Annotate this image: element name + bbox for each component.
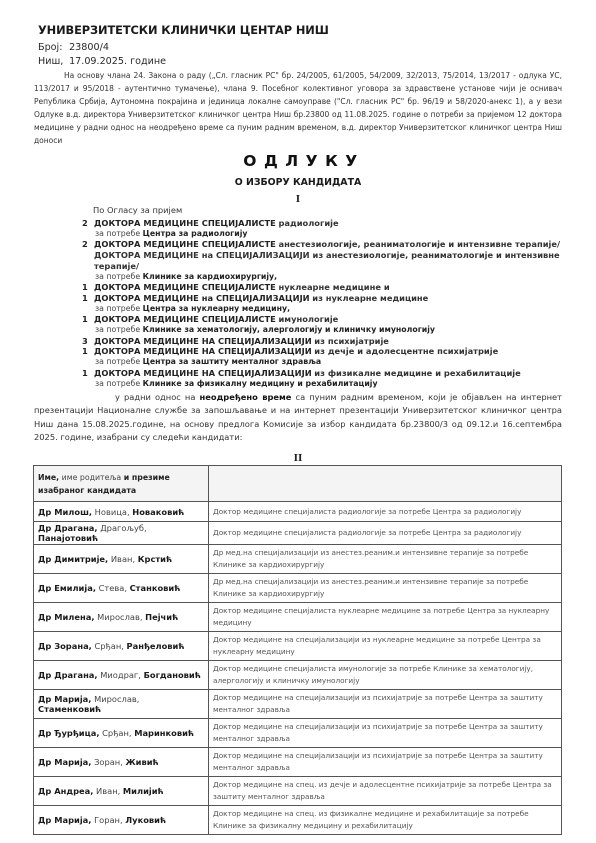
position-unit: за потребе Клинике за кардиохирургију, <box>94 272 582 283</box>
candidate-position: Доктор медицине специјалиста радиологије… <box>209 502 562 522</box>
position-title: ДОКТОРА МЕДИЦИНЕ НА СПЕЦИЈАЛИЗАЦИЈИ <box>94 368 312 378</box>
candidate-first-name: Др Марија, <box>38 694 91 704</box>
candidate-position: Доктор медицине на спец. из физикалне ме… <box>209 806 562 835</box>
table-row: Др Марија, Горан, ЛуковићДоктор медицине… <box>34 806 562 835</box>
position-title: ДОКТОРА МЕДИЦИНЕ СПЕЦИЈАЛИСТЕ <box>94 314 276 324</box>
document-number: Број: 23800/4 <box>38 42 109 53</box>
for-label: за потребе <box>95 357 140 366</box>
candidate-first-name: Др Димитрије, <box>38 554 108 564</box>
table-row: Др Ђурђица, Срђан, МаринковићДоктор меди… <box>34 719 562 748</box>
position-field: радиологије <box>278 218 338 228</box>
candidate-position: Доктор медицине специјалиста имунологије… <box>209 661 562 690</box>
candidate-name: Др Андреа, Иван, Милијић <box>34 777 209 806</box>
candidate-parent-name: Новица, <box>95 507 130 517</box>
position-count: 2 <box>82 218 88 229</box>
candidate-first-name: Др Драгана, <box>38 523 98 533</box>
position-title: ДОКТОРА МЕДИЦИНЕ НА СПЕЦИЈАЛИЗАЦИЈИ <box>94 346 312 356</box>
document-date: Ниш, 17.09.2025. године <box>38 56 166 67</box>
place-label: Ниш, <box>38 56 66 67</box>
for-unit: Клинике за хематологију, алергологију и … <box>143 325 435 334</box>
for-label: за потребе <box>95 272 140 281</box>
candidate-name: Др Емилија, Стева, Станковић <box>34 574 209 603</box>
section-one-heading: I <box>0 194 596 205</box>
position-unit: за потребе Клинике за физикалну медицину… <box>94 379 582 390</box>
header-position-column <box>209 466 562 502</box>
candidate-name: Др Ђурђица, Срђан, Маринковић <box>34 719 209 748</box>
candidate-parent-name: Зоран, <box>94 757 123 767</box>
candidate-name: Др Драгана, Драгољуб, Панајотовић <box>34 522 209 545</box>
table-row: Др Драгана, Миодраг, БогдановићДоктор ме… <box>34 661 562 690</box>
position-item: 1ДОКТОРА МЕДИЦИНЕ НА СПЕЦИЈАЛИЗАЦИЈИ из … <box>82 346 582 367</box>
candidate-first-name: Др Зорана, <box>38 641 92 651</box>
position-count: 1 <box>82 314 88 325</box>
positions-list: 2ДОКТОРА МЕДИЦИНЕ СПЕЦИЈАЛИСТЕ радиологи… <box>82 218 582 389</box>
position-title: ДОКТОРА МЕДИЦИНЕ на СПЕЦИЈАЛИЗАЦИЈИ <box>94 293 310 303</box>
for-unit: Центра за заштиту менталног здравља <box>143 357 322 366</box>
candidate-name: Др Димитрије, Иван, Крстић <box>34 545 209 574</box>
for-label: за потребе <box>95 379 140 388</box>
candidate-position: Доктор медицине на специјализацији из пс… <box>209 719 562 748</box>
position-field: из психијатрије <box>314 336 389 346</box>
candidates-table: Име, име родитеља и презиме изабраног ка… <box>33 465 562 835</box>
candidate-last-name: Новаковић <box>132 507 184 517</box>
candidate-last-name: Живић <box>126 757 159 767</box>
candidate-name: Др Милош, Новица, Новаковић <box>34 502 209 522</box>
position-count: 1 <box>82 293 88 304</box>
position-field: имунологије <box>278 314 338 324</box>
number-value: 23800/4 <box>69 42 109 53</box>
candidate-first-name: Др Ђурђица, <box>38 728 100 738</box>
table-row: Др Зорана, Срђан, РанђеловићДоктор медиц… <box>34 632 562 661</box>
candidate-parent-name: Миодраг, <box>100 670 141 680</box>
position-item: 1ДОКТОРА МЕДИЦИНЕ на СПЕЦИЈАЛИЗАЦИЈИ из … <box>82 293 582 314</box>
preamble-paragraph: На основу члана 24. Закона о раду („Сл. … <box>34 69 562 147</box>
candidate-parent-name: Мирослав, <box>97 612 142 622</box>
candidate-parent-name: Стева, <box>99 583 127 593</box>
candidate-position: Доктор медицине на специјализацији из ну… <box>209 632 562 661</box>
candidate-parent-name: Иван, <box>111 554 135 564</box>
for-label: за потребе <box>95 325 140 334</box>
closing-paragraph: у радни однос на неодређено време са пун… <box>34 391 562 445</box>
closing-bold: неодређено време <box>200 392 292 402</box>
candidate-position: Доктор медицине специјалиста нуклеарне м… <box>209 603 562 632</box>
candidate-parent-name: Горан, <box>94 815 123 825</box>
header-normal: име родитеља <box>62 473 122 482</box>
candidate-parent-name: Драгољуб, <box>100 523 146 533</box>
position-title: ДОКТОРА МЕДИЦИНЕ СПЕЦИЈАЛИСТЕ <box>94 218 276 228</box>
candidate-position: Доктор медицине на специјализацији из пс… <box>209 690 562 719</box>
for-label: за потребе <box>95 304 140 313</box>
candidate-parent-name: Иван, <box>96 786 120 796</box>
candidate-last-name: Станковић <box>130 583 181 593</box>
for-unit: Центра за радиологију <box>143 229 248 238</box>
section-two-heading: II <box>0 453 596 464</box>
date-value: 17.09.2025. године <box>69 56 166 67</box>
position-unit: за потребе Центра за радиологију <box>94 229 582 240</box>
candidate-first-name: Др Драгана, <box>38 670 98 680</box>
header-bold-1: Име, <box>38 473 59 482</box>
position-item: 2ДОКТОРА МЕДИЦИНЕ СПЕЦИЈАЛИСТЕ радиологи… <box>82 218 582 239</box>
candidate-last-name: Панајотовић <box>38 533 98 543</box>
position-title: ДОКТОРА МЕДИЦИНЕ СПЕЦИЈАЛИСТЕ <box>94 282 276 292</box>
table-row: Др Марија, Зоран, ЖивићДоктор медицине н… <box>34 748 562 777</box>
candidate-last-name: Стаменковић <box>38 704 101 714</box>
document-title: ОДЛУКУ <box>0 152 596 170</box>
for-label: за потребе <box>95 229 140 238</box>
table-row: Др Емилија, Стева, СтанковићДр мед.на сп… <box>34 574 562 603</box>
candidate-position: Доктор медицине на спец. из дечје и адол… <box>209 777 562 806</box>
position-item: 1ДОКТОРА МЕДИЦИНЕ СПЕЦИЈАЛИСТЕ нуклеарне… <box>82 282 582 293</box>
candidate-last-name: Ранђеловић <box>127 641 185 651</box>
candidate-last-name: Богдановић <box>144 670 201 680</box>
position-count: 1 <box>82 368 88 379</box>
candidate-last-name: Крстић <box>138 554 172 564</box>
position-item: 3ДОКТОРА МЕДИЦИНЕ НА СПЕЦИЈАЛИЗАЦИЈИ из … <box>82 336 582 347</box>
position-item: 1ДОКТОРА МЕДИЦИНЕ СПЕЦИЈАЛИСТЕ имунологи… <box>82 314 582 335</box>
table-row: Др Димитрије, Иван, КрстићДр мед.на спец… <box>34 545 562 574</box>
position-count: 1 <box>82 282 88 293</box>
candidate-first-name: Др Марија, <box>38 757 91 767</box>
candidate-first-name: Др Милош, <box>38 507 92 517</box>
closing-part1: у радни однос на <box>34 392 195 402</box>
candidate-position: Др мед.на специјализацији из анестез.реа… <box>209 574 562 603</box>
candidate-last-name: Милијић <box>123 786 164 796</box>
candidate-first-name: Др Милена, <box>38 612 94 622</box>
candidate-name: Др Марија, Мирослав, Стаменковић <box>34 690 209 719</box>
position-unit: за потребе Клинике за хематологију, алер… <box>94 325 582 336</box>
candidate-last-name: Луковић <box>125 815 166 825</box>
table-row: Др Милена, Мирослав, ПејчићДоктор медици… <box>34 603 562 632</box>
candidate-first-name: Др Марија, <box>38 815 91 825</box>
number-label: Број: <box>38 42 66 53</box>
position-count: 2 <box>82 239 88 250</box>
candidate-position: Доктор медицине специјалиста радиологије… <box>209 522 562 545</box>
candidate-position: Доктор медицине на специјализацији из пс… <box>209 748 562 777</box>
position-item: 1ДОКТОРА МЕДИЦИНЕ НА СПЕЦИЈАЛИЗАЦИЈИ из … <box>82 368 582 389</box>
document-subtitle: О ИЗБОРУ КАНДИДАТА <box>0 177 596 188</box>
candidate-last-name: Маринковић <box>134 728 194 738</box>
candidate-name: Др Драгана, Миодраг, Богдановић <box>34 661 209 690</box>
candidate-parent-name: Срђан, <box>102 728 131 738</box>
for-unit: Клинике за физикалну медицину и рехабили… <box>143 379 378 388</box>
candidate-first-name: Др Емилија, <box>38 583 96 593</box>
position-field: из нуклеарне медицине <box>312 293 428 303</box>
table-row: Др Андреа, Иван, МилијићДоктор медицине … <box>34 777 562 806</box>
oglas-intro: По Огласу за пријем <box>93 205 182 215</box>
position-title: ДОКТОРА МЕДИЦИНЕ СПЕЦИЈАЛИСТЕ <box>94 239 276 249</box>
table-row: Др Драгана, Драгољуб, ПанајотовићДоктор … <box>34 522 562 545</box>
candidate-name: Др Марија, Горан, Луковић <box>34 806 209 835</box>
candidate-name: Др Зорана, Срђан, Ранђеловић <box>34 632 209 661</box>
table-row: Др Милош, Новица, НоваковићДоктор медици… <box>34 502 562 522</box>
header-name-column: Име, име родитеља и презиме изабраног ка… <box>34 466 209 502</box>
organization-name: УНИВЕРЗИТЕТСКИ КЛИНИЧКИ ЦЕНТАР НИШ <box>38 23 329 37</box>
table-row: Др Марија, Мирослав, СтаменковићДоктор м… <box>34 690 562 719</box>
position-unit: за потребе Центра за заштиту менталног з… <box>94 357 582 368</box>
closing-text: у радни однос на неодређено време са пун… <box>34 392 562 442</box>
candidate-position: Др мед.на специјализацији из анестез.реа… <box>209 545 562 574</box>
position-count: 3 <box>82 336 88 347</box>
for-unit: Центра за нуклеарну медицину, <box>143 304 290 313</box>
position-count: 1 <box>82 346 88 357</box>
candidate-last-name: Пејчић <box>145 612 178 622</box>
candidate-first-name: Др Андреа, <box>38 786 93 796</box>
table-header-row: Име, име родитеља и презиме изабраног ка… <box>34 466 562 502</box>
position-item: 2ДОКТОРА МЕДИЦИНЕ СПЕЦИЈАЛИСТЕ анестезио… <box>82 239 582 282</box>
candidate-name: Др Марија, Зоран, Живић <box>34 748 209 777</box>
position-field: из дечје и адолесцентне психијатрије <box>314 346 498 356</box>
position-unit: за потребе Центра за нуклеарну медицину, <box>94 304 582 315</box>
candidate-parent-name: Мирослав, <box>94 694 139 704</box>
position-field: из физикалне медицине и рехабилитације <box>314 368 520 378</box>
position-title: ДОКТОРА МЕДИЦИНЕ НА СПЕЦИЈАЛИЗАЦИЈИ <box>94 336 312 346</box>
for-unit: Клинике за кардиохирургију, <box>143 272 277 281</box>
position-field: нуклеарне медицине и <box>278 282 389 292</box>
candidate-parent-name: Срђан, <box>94 641 123 651</box>
candidate-name: Др Милена, Мирослав, Пејчић <box>34 603 209 632</box>
